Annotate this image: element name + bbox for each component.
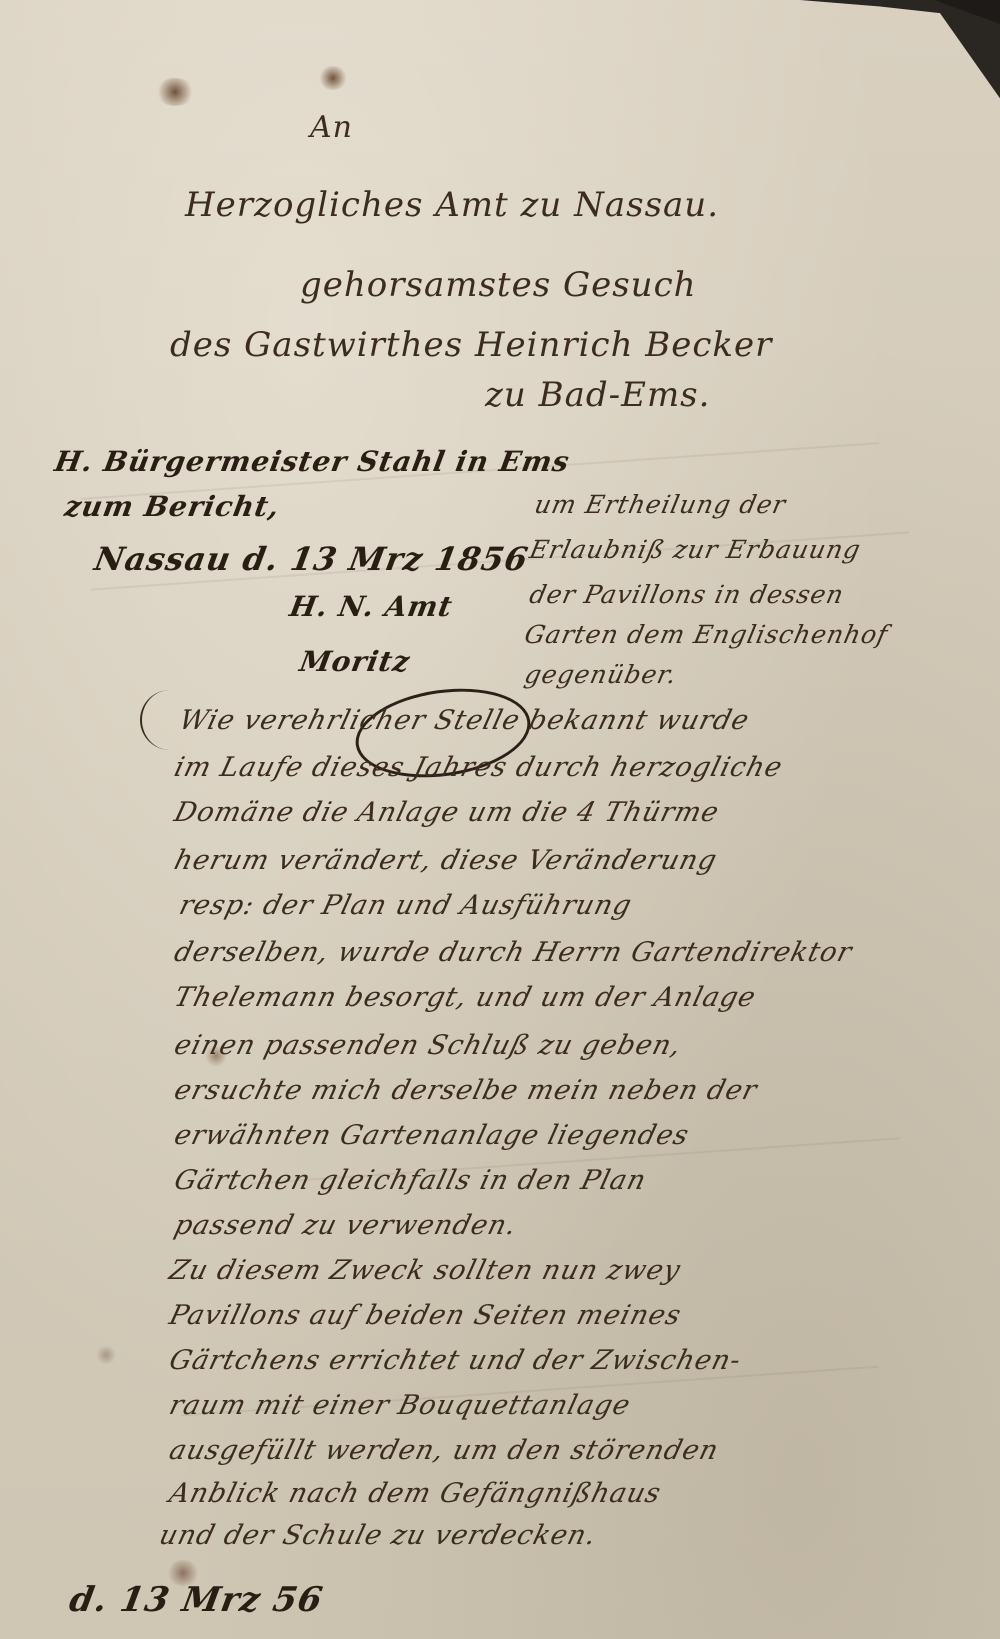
place-line: zu Bad-Ems. <box>485 375 710 415</box>
subject-line: der Pavillons in dessen <box>527 580 847 609</box>
body-line: Thelemann besorgt, und um der Anlage <box>171 982 759 1013</box>
ink-stain <box>96 1345 116 1365</box>
body-line: derselben, wurde durch Herrn Gartendirek… <box>171 937 855 968</box>
margin-note-line: zum Bericht, <box>62 490 282 523</box>
margin-note-line: H. N. Amt <box>287 590 455 623</box>
body-line: raum mit einer Bouquettanlage <box>166 1390 634 1421</box>
petition-type: gehorsamstes Gesuch <box>300 265 697 305</box>
body-line: erwähnten Gartenanlage liegendes <box>171 1120 692 1151</box>
body-line: resp: der Plan und Ausführung <box>176 890 635 921</box>
body-line: ausgefüllt werden, um den störenden <box>166 1435 722 1466</box>
ink-stain <box>318 66 348 90</box>
salutation: An <box>310 110 353 145</box>
ink-stain <box>155 78 195 106</box>
recipient-line: Herzogliches Amt zu Nassau. <box>185 185 719 225</box>
margin-note-signature: Moritz <box>297 645 413 678</box>
body-line: Zu diesem Zweck sollten nun zwey <box>166 1255 684 1286</box>
body-line: Anblick nach dem Gefängnißhaus <box>166 1478 664 1509</box>
margin-note-line: H. Bürgermeister Stahl in Ems <box>52 445 572 478</box>
subject-line: Garten dem Englischenhof <box>522 620 891 649</box>
body-line: Gärtchens errichtet und der Zwischen- <box>166 1345 744 1376</box>
subject-line: um Ertheilung der <box>532 490 789 519</box>
body-line: einen passenden Schluß zu geben, <box>171 1030 685 1061</box>
footer-date-note: d. 13 Mrz 56 <box>66 1580 326 1620</box>
petitioner-line: des Gastwirthes Heinrich Becker <box>170 325 772 365</box>
torn-corner <box>920 0 1000 30</box>
body-line: ersuchte mich derselbe mein neben der <box>171 1075 761 1106</box>
body-line: Domäne die Anlage um die 4 Thürme <box>171 797 722 828</box>
subject-line: gegenüber. <box>522 660 680 689</box>
body-line: im Laufe dieses Jahres durch herzogliche <box>171 752 786 783</box>
margin-note-date: Nassau d. 13 Mrz 1856 <box>92 540 532 578</box>
body-line: Gärtchen gleichfalls in den Plan <box>171 1165 650 1196</box>
body-line: Wie verehrlicher Stelle bekannt wurde <box>176 705 753 736</box>
body-line: und der Schule zu verdecken. <box>156 1520 600 1551</box>
subject-line: Erlaubniß zur Erbauung <box>527 535 864 564</box>
body-line: passend zu verwenden. <box>171 1210 520 1241</box>
body-line: herum verändert, diese Veränderung <box>171 845 720 876</box>
body-line: Pavillons auf beiden Seiten meines <box>166 1300 685 1331</box>
